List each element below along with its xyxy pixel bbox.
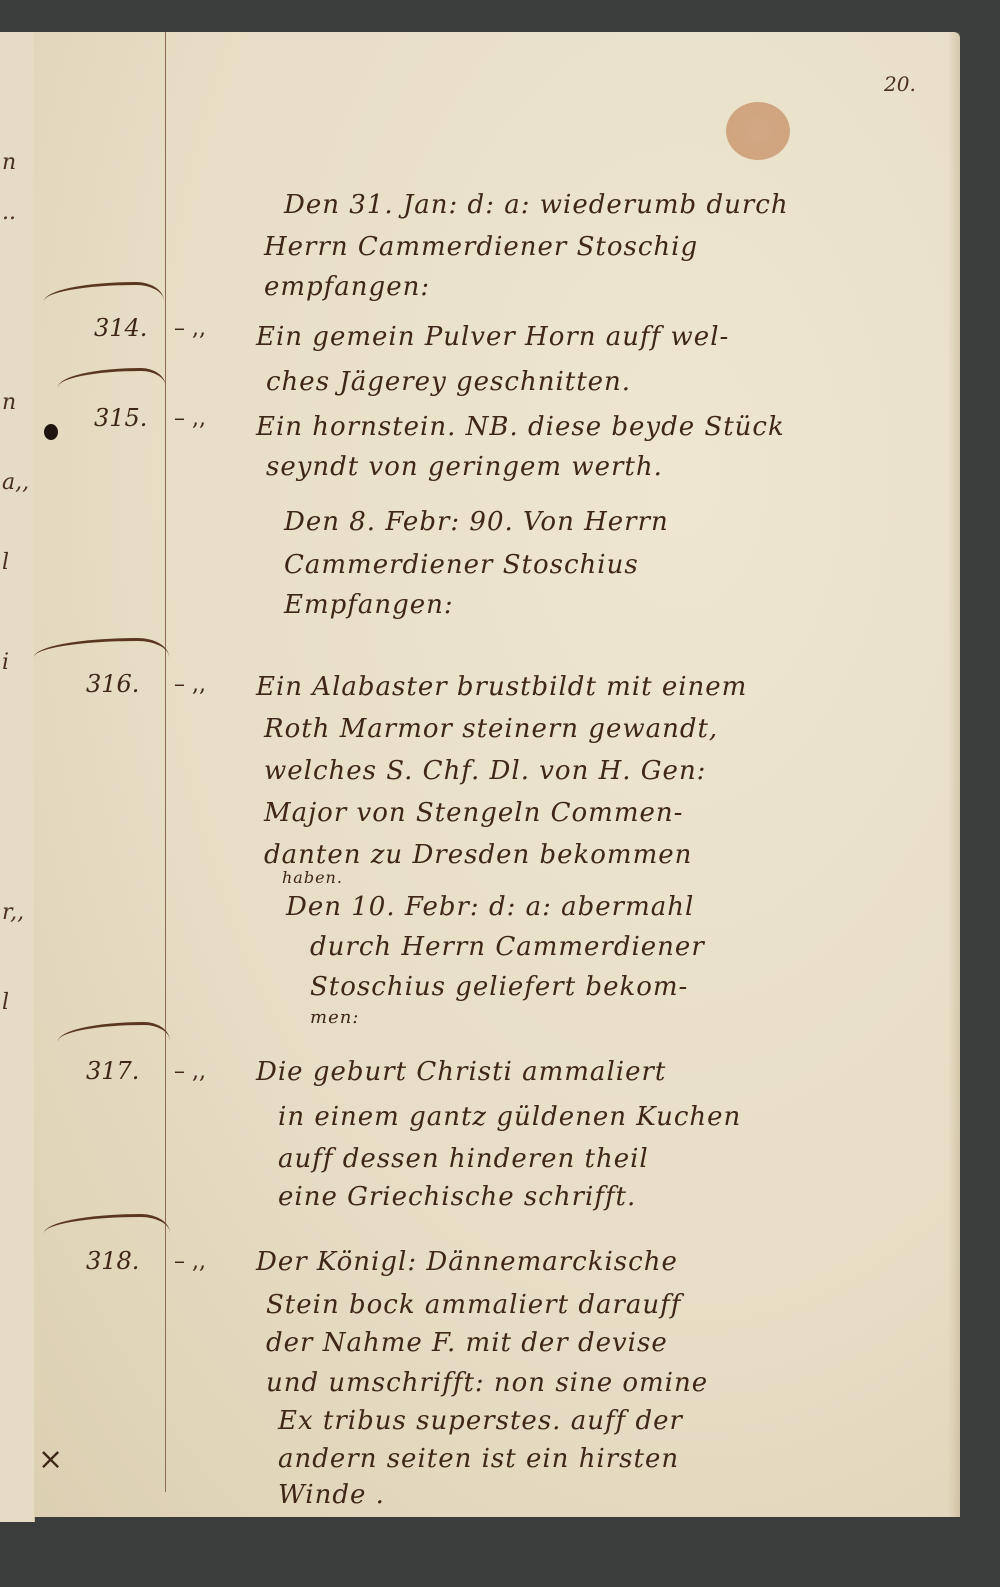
- entry-line: ches Jägerey geschnitten.: [266, 367, 631, 397]
- entry-line: Die geburt Christi ammaliert: [256, 1057, 666, 1087]
- entry-line: Stein bock ammaliert darauff: [266, 1290, 681, 1320]
- left-fragment: r,,: [2, 902, 24, 924]
- entry-bracket: [58, 1022, 170, 1047]
- entry-marker: – ,,: [174, 316, 206, 341]
- entry-marker: – ,,: [174, 406, 206, 431]
- entry-marker: – ,,: [174, 672, 206, 697]
- entry-line: welches S. Chf. Dl. von H. Gen:: [264, 756, 706, 786]
- header-line: Den 8. Febr: 90. Von Herrn: [284, 507, 669, 537]
- entry-line: andern seiten ist ein hirsten: [278, 1444, 679, 1474]
- left-fragment: l: [2, 992, 9, 1014]
- entry-line: eine Griechische schrifft.: [278, 1182, 636, 1212]
- left-fragment: i: [2, 652, 9, 674]
- header-line: empfangen:: [264, 272, 430, 302]
- entry-line: in einem gantz güldenen Kuchen: [278, 1102, 741, 1132]
- entry-line: Winde .: [278, 1480, 385, 1510]
- left-fragment: ..: [2, 202, 16, 224]
- entry-line: Der Königl: Dännemarckische: [256, 1247, 678, 1277]
- entry-number: 318.: [86, 1247, 139, 1275]
- entry-line: seyndt von geringem werth.: [266, 452, 663, 482]
- entry-bracket: [58, 368, 166, 393]
- entry-bracket: [44, 1214, 170, 1239]
- manuscript-page: 20. Den 31. Jan: d: a: wiederumb durch H…: [34, 32, 960, 1517]
- entry-marker: – ,,: [174, 1059, 206, 1084]
- entry-number: 314.: [94, 314, 147, 342]
- entry-line: Ein hornstein. NB. diese beyde Stück: [256, 412, 785, 442]
- ink-stain: [726, 102, 790, 160]
- entry-line: Ex tribus superstes. auff der: [278, 1406, 683, 1436]
- entry-bracket: [34, 638, 169, 663]
- cross-mark: ×: [38, 1442, 63, 1477]
- header-line: Stoschius geliefert bekom-: [310, 972, 688, 1002]
- entry-line: Ein Alabaster brustbildt mit einem: [256, 672, 747, 702]
- left-fragment: l: [2, 552, 9, 574]
- page-number: 20.: [884, 72, 916, 96]
- entry-line: und umschrifft: non sine omine: [266, 1368, 708, 1398]
- ink-blot-mark: [44, 424, 58, 440]
- entry-bracket: [44, 282, 164, 307]
- left-fragment: a,,: [2, 472, 29, 494]
- entry-line: Major von Stengeln Commen-: [264, 798, 683, 828]
- entry-marker: – ,,: [174, 1249, 206, 1274]
- adjacent-page-edge: n .. n a,, l i r,, l: [0, 32, 35, 1522]
- entry-number: 315.: [94, 404, 147, 432]
- left-fragment: n: [2, 152, 16, 174]
- header-line: Den 31. Jan: d: a: wiederumb durch: [284, 190, 789, 220]
- header-line: Herrn Cammerdiener Stoschig: [264, 232, 698, 262]
- entry-line: Ein gemein Pulver Horn auff wel-: [256, 322, 729, 352]
- header-line: Empfangen:: [284, 590, 454, 620]
- entry-line: der Nahme F. mit der devise: [266, 1328, 668, 1358]
- header-line: Den 10. Febr: d: a: abermahl: [286, 892, 694, 922]
- entry-line: auff dessen hinderen theil: [278, 1144, 649, 1174]
- header-line: durch Herrn Cammerdiener: [310, 932, 705, 962]
- entry-number: 317.: [86, 1057, 139, 1085]
- entry-line: haben.: [282, 868, 343, 887]
- entry-number: 316.: [86, 670, 139, 698]
- header-line: men:: [310, 1007, 359, 1028]
- margin-rule: [165, 32, 166, 1492]
- entry-line: danten zu Dresden bekommen: [264, 840, 692, 870]
- entry-line: Roth Marmor steinern gewandt,: [264, 714, 718, 744]
- left-fragment: n: [2, 392, 16, 414]
- header-line: Cammerdiener Stoschius: [284, 550, 639, 580]
